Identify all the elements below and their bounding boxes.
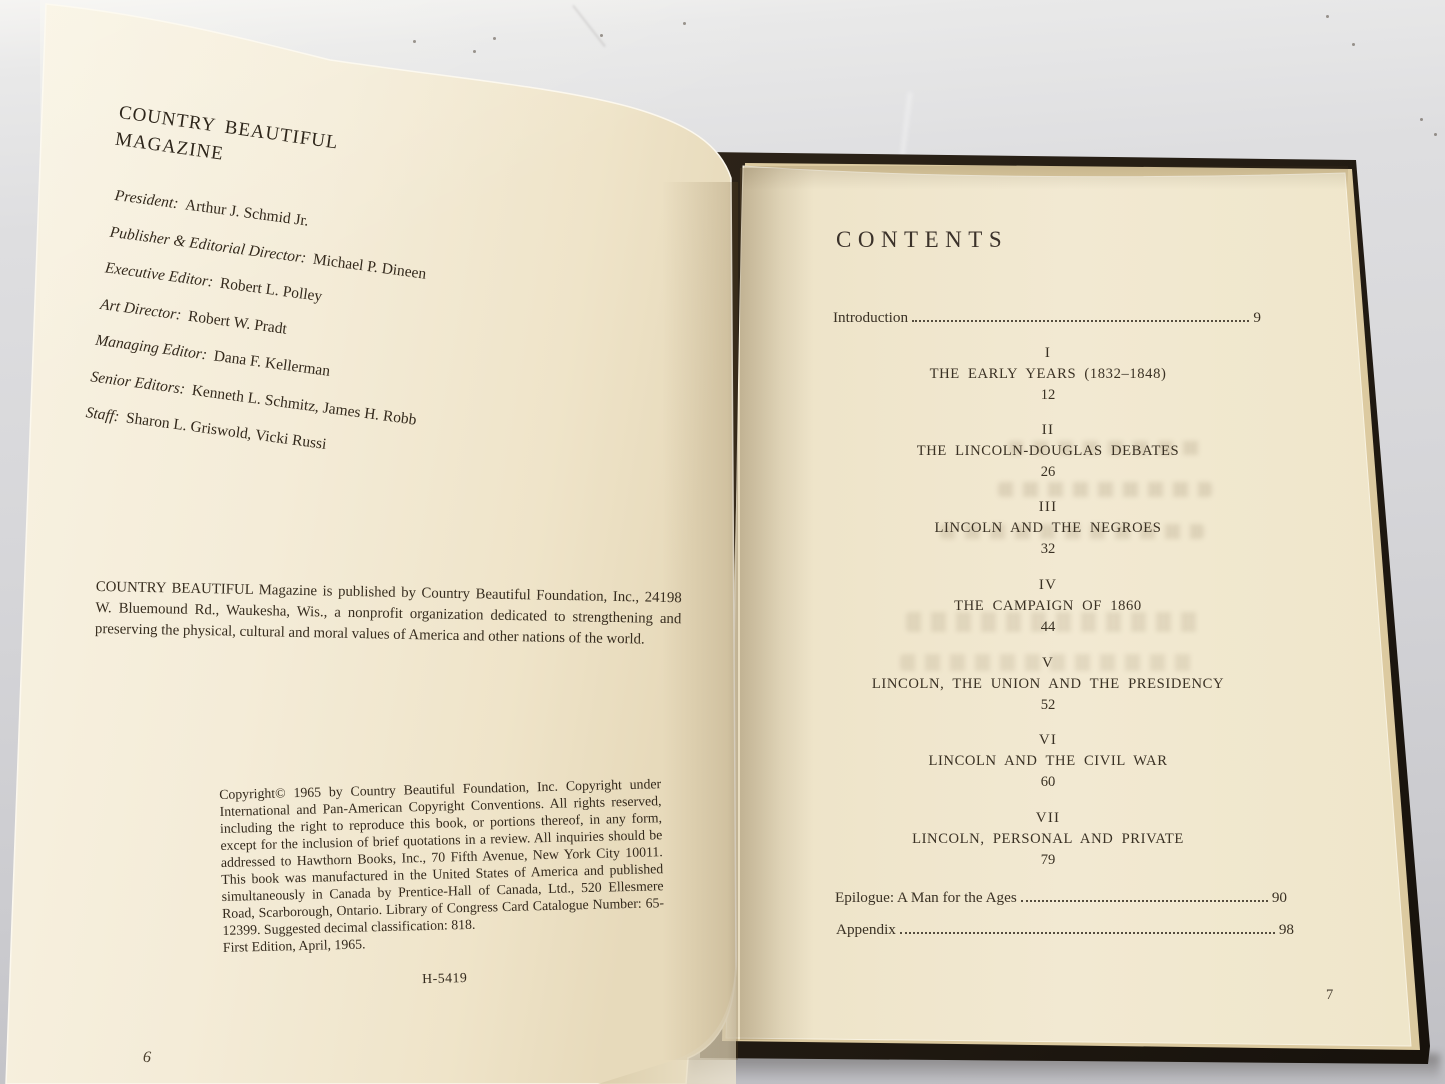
staff-role: Managing Editor:: [94, 332, 208, 364]
chapter-title: LINCOLN AND THE CIVIL WAR: [833, 752, 1263, 770]
dotted-leader: [900, 932, 1275, 934]
toc-row-appendix: Appendix 98: [836, 921, 1294, 939]
toc-row-introduction: Introduction 9: [833, 309, 1261, 327]
chapter-title: THE CAMPAIGN OF 1860: [833, 597, 1263, 615]
page-showthrough: [998, 482, 1212, 497]
toc-label: Introduction: [833, 309, 908, 327]
book-photo: COUNTRY BEAUTIFUL MAGAZINE President:Art…: [0, 0, 1445, 1084]
dust-speck: [473, 50, 476, 53]
toc-page-number: 90: [1272, 889, 1287, 907]
chapter-page-number: 44: [833, 618, 1263, 636]
chapter-title: LINCOLN, PERSONAL AND PRIVATE: [833, 830, 1263, 848]
chapter-page-number: 79: [833, 851, 1263, 869]
toc-chapter: VII LINCOLN, PERSONAL AND PRIVATE 79: [833, 809, 1263, 869]
dust-speck: [1434, 133, 1437, 136]
chapter-page-number: 32: [833, 540, 1263, 558]
contents-title: CONTENTS: [836, 227, 1008, 253]
toc-page-number: 98: [1279, 921, 1294, 939]
toc-chapter: V LINCOLN, THE UNION AND THE PRESIDENCY …: [833, 654, 1263, 714]
staff-name: Robert L. Polley: [219, 275, 323, 305]
staff-role: Executive Editor:: [104, 259, 214, 290]
chapter-numeral: VI: [833, 731, 1263, 749]
copyright-text: Copyright© 1965 by Country Beautiful Fou…: [219, 775, 665, 939]
staff-role: Art Director:: [99, 296, 182, 324]
chapter-numeral: V: [833, 654, 1263, 672]
toc-row-epilogue: Epilogue: A Man for the Ages 90: [835, 889, 1287, 907]
dust-speck: [413, 40, 416, 43]
chapter-page-number: 12: [833, 386, 1263, 404]
chapter-page-number: 60: [833, 773, 1263, 791]
dust-speck: [493, 37, 496, 40]
copyright-block: Copyright© 1965 by Country Beautiful Fou…: [219, 775, 666, 992]
chapter-page-number: 26: [833, 463, 1263, 481]
chapter-title: THE EARLY YEARS (1832–1848): [833, 365, 1263, 383]
staff-name: Robert W. Pradt: [187, 307, 288, 337]
chapter-title: LINCOLN, THE UNION AND THE PRESIDENCY: [833, 675, 1263, 693]
dotted-leader: [1021, 900, 1268, 902]
toc-label: Appendix: [836, 921, 896, 939]
dust-speck: [1420, 118, 1423, 121]
right-page-number: 7: [1326, 987, 1333, 1004]
staff-role: Senior Editors:: [90, 368, 187, 397]
dust-speck: [683, 22, 686, 25]
staff-name: Michael P. Dineen: [312, 250, 427, 282]
dotted-leader: [912, 320, 1249, 322]
staff-list: President:Arthur J. Schmid Jr. Publisher…: [82, 187, 442, 484]
toc-chapter: IV THE CAMPAIGN OF 1860 44: [833, 576, 1263, 636]
toc-chapter: VI LINCOLN AND THE CIVIL WAR 60: [833, 731, 1263, 791]
toc-chapter: I THE EARLY YEARS (1832–1848) 12: [833, 344, 1263, 404]
chapter-title: LINCOLN AND THE NEGROES: [833, 519, 1263, 537]
dust-speck: [1352, 43, 1355, 46]
chapter-page-number: 52: [833, 696, 1263, 714]
chapter-title: THE LINCOLN-DOUGLAS DEBATES: [833, 442, 1263, 460]
dust-speck: [1326, 15, 1329, 18]
publisher-note: COUNTRY BEAUTIFUL Magazine is published …: [95, 577, 682, 651]
chapter-numeral: I: [833, 344, 1263, 362]
toc-label: Epilogue: A Man for the Ages: [835, 889, 1017, 907]
chapter-numeral: VII: [833, 809, 1263, 827]
toc-page-number: 9: [1253, 309, 1261, 327]
chapter-numeral: II: [833, 421, 1263, 439]
dust-speck: [600, 34, 603, 37]
staff-role: Staff:: [85, 404, 121, 425]
toc-chapter: II THE LINCOLN-DOUGLAS DEBATES 26: [833, 421, 1263, 481]
chapter-numeral: III: [833, 498, 1263, 516]
toc-chapter: III LINCOLN AND THE NEGROES 32: [833, 498, 1263, 558]
chapter-numeral: IV: [833, 576, 1263, 594]
staff-name: Dana F. Kellerman: [213, 348, 331, 380]
left-page-number: 6: [143, 1049, 152, 1067]
